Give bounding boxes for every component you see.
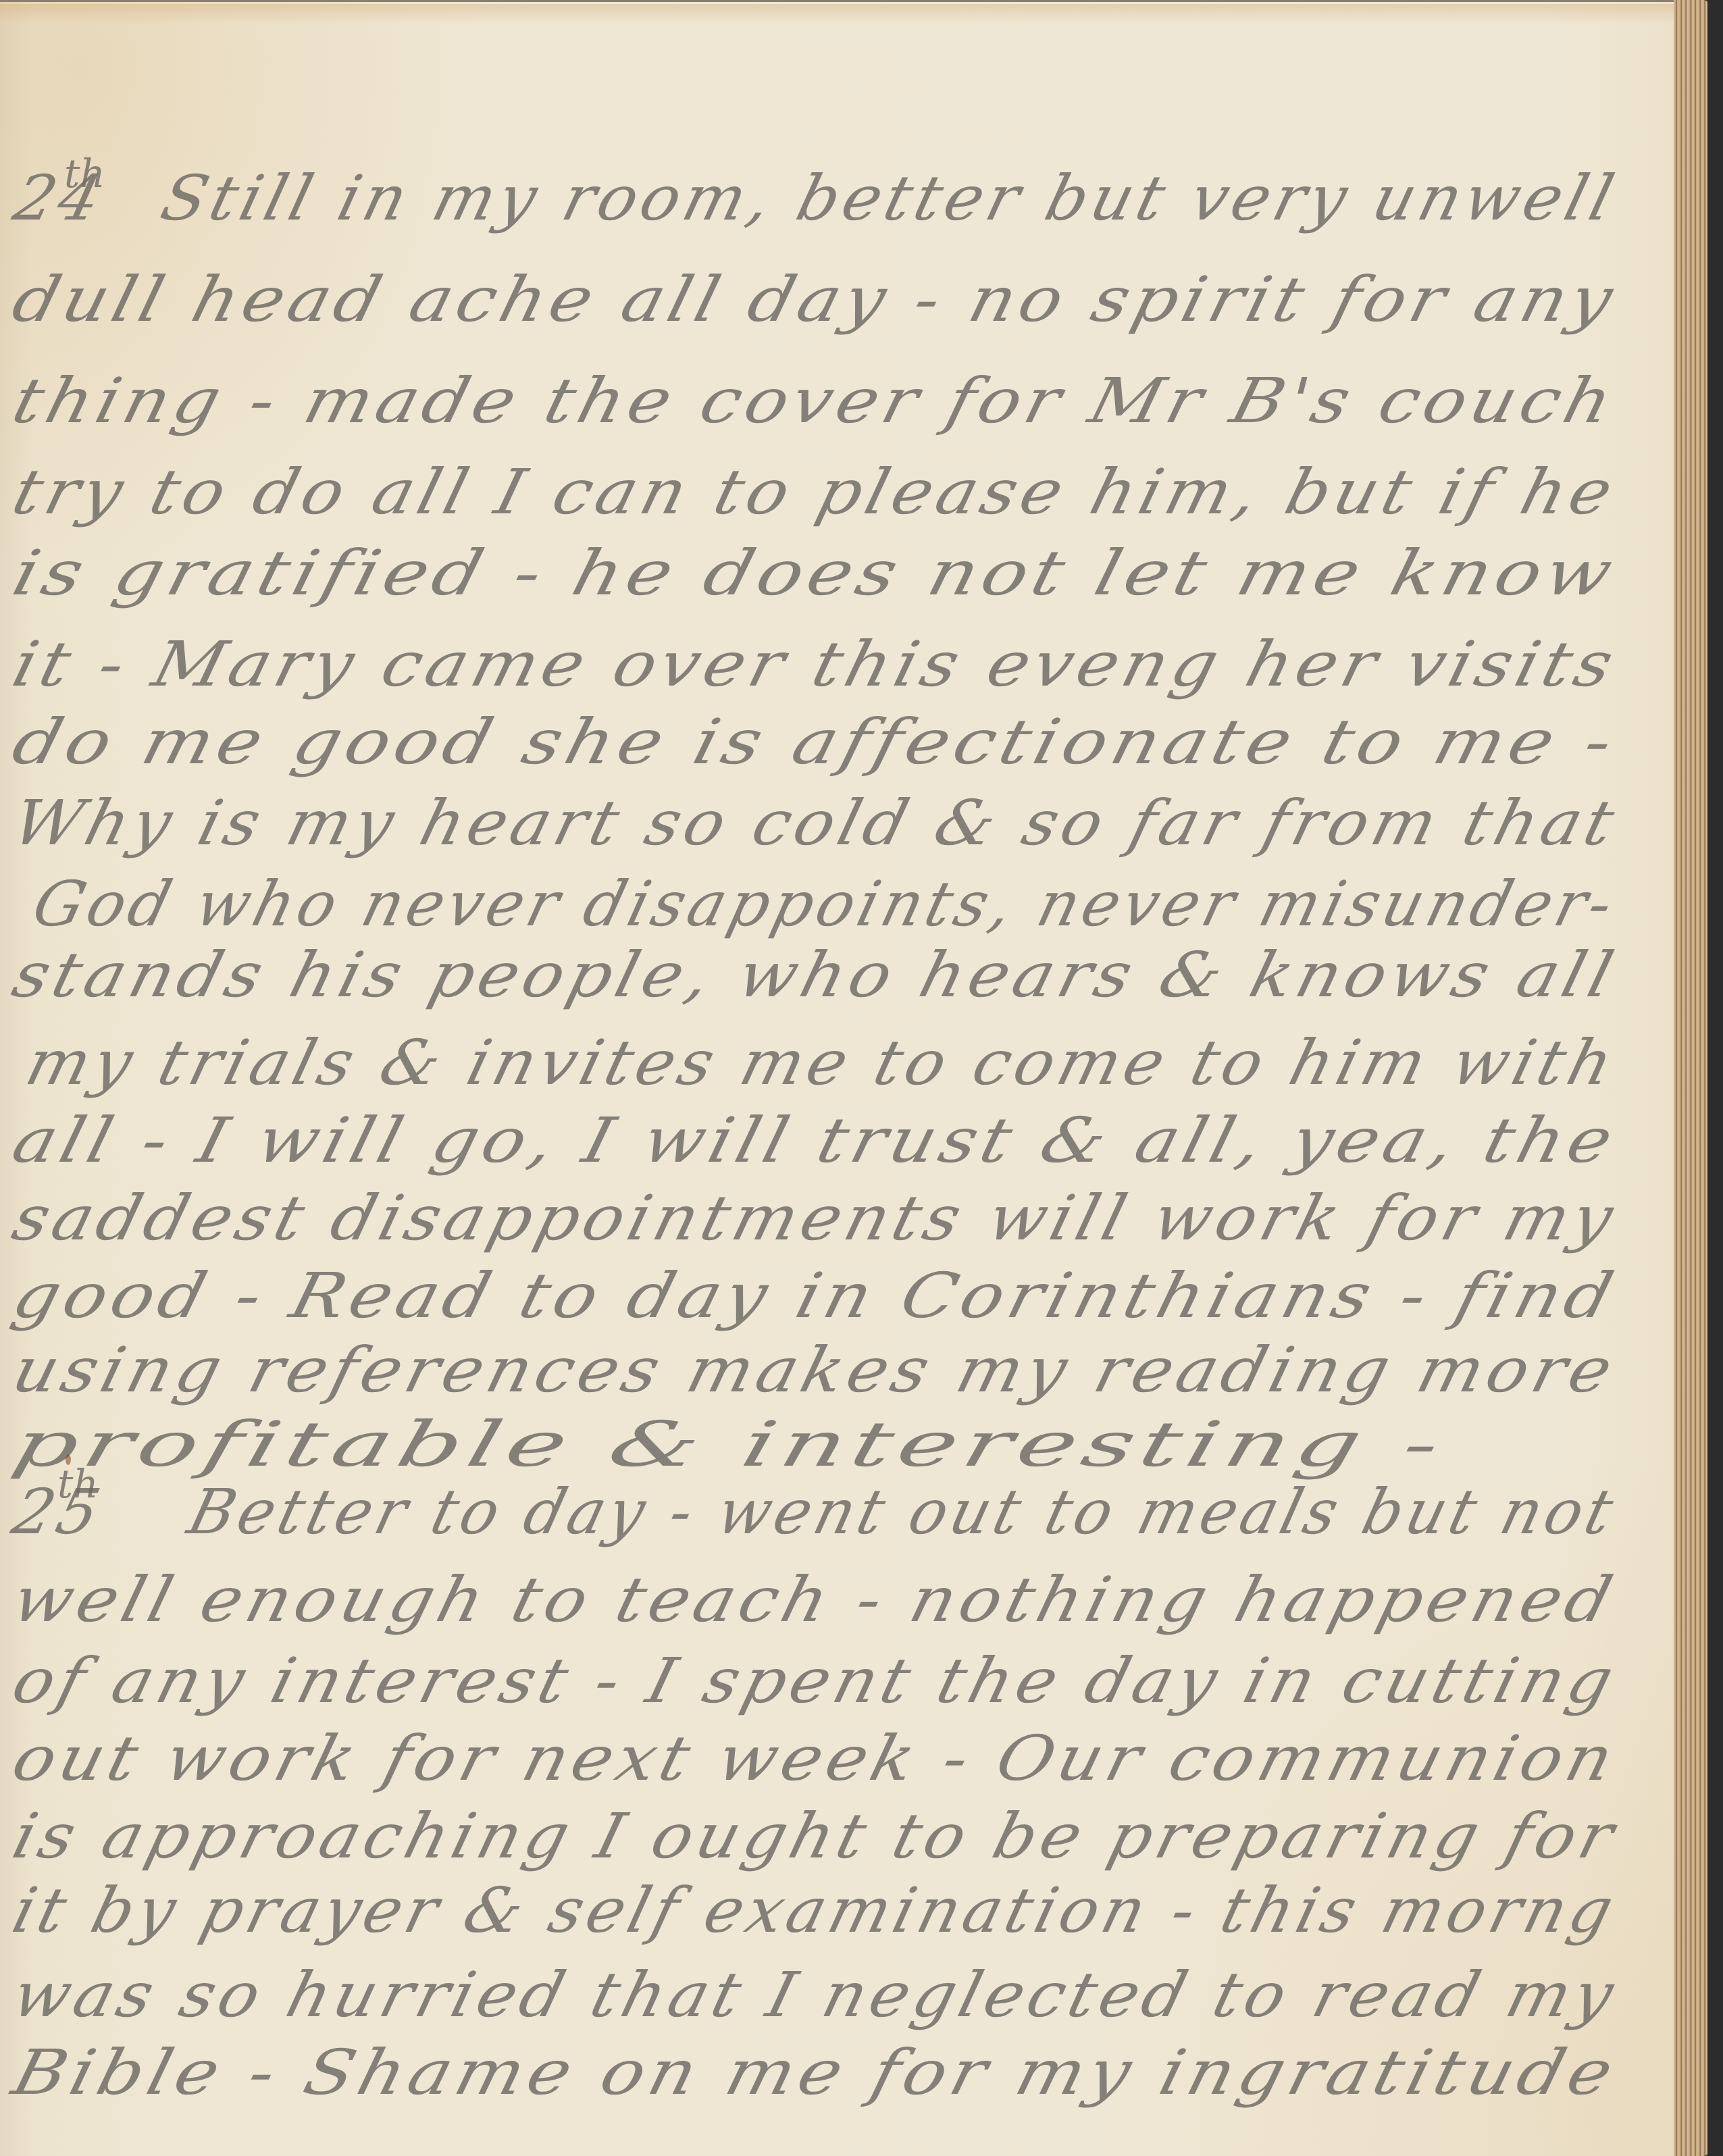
entry-1-line-12: all - I will go, I will trust & all, yea… — [7, 1110, 1623, 1172]
entry-2-line-3: of any interest - I spent the day in cut… — [7, 1650, 1623, 1712]
entry-1-line-2: dull head ache all day - no spirit for a… — [7, 269, 1623, 331]
entry-1-line-13: saddest disappointments will work for my — [7, 1187, 1623, 1250]
entry-2-line-5: is approaching I ought to be preparing f… — [7, 1805, 1624, 1868]
book-cover — [1707, 0, 1723, 2156]
paper-stain — [0, 4, 1675, 24]
entry-1-date: 24 — [8, 168, 111, 230]
entry-2-line-2: well enough to teach - nothing happened — [7, 1569, 1622, 1631]
entry-2-date: 25 — [7, 1481, 109, 1543]
entry-1-line-5: is gratified - he does not let me know — [7, 542, 1623, 605]
entry-1-line-9: God who never disappoints, never misunde… — [27, 873, 1622, 935]
entry-2-line-7: was so hurried that I neglected to read … — [7, 1964, 1624, 2026]
entry-1-line-14: good - Read to day in Corinthians - find — [7, 1265, 1624, 1327]
page-edges — [1674, 0, 1709, 2156]
entry-2-line-6: it by prayer & self examination - this m… — [7, 1880, 1623, 1942]
entry-1-line-15: using references makes my reading more — [7, 1339, 1622, 1402]
entry-2-line-4: out work for next week - Our communion — [7, 1728, 1624, 1790]
diary-page: th 24 Still in my room, better but very … — [0, 0, 1675, 2156]
entry-1-line-10: stands his people, who hears & knows all — [7, 944, 1623, 1006]
entry-1-line-8: Why is my heart so cold & so far from th… — [7, 792, 1624, 854]
entry-2-line-1: Better to day - went out to meals but no… — [182, 1481, 1623, 1543]
entry-1-line-3: thing - made the cover for Mr B's couch — [7, 370, 1622, 432]
entry-1-line-1: Still in my room, better but very unwell — [155, 168, 1623, 230]
entry-2-line-8: Bible - Shame on me for my ingratitude — [7, 2042, 1623, 2104]
entry-1-line-7: do me good she is affectionate to me - — [7, 711, 1623, 773]
entry-1-line-4: try to do all I can to please him, but i… — [7, 461, 1623, 523]
entry-1-line-16: profitable & interesting - — [7, 1414, 1452, 1476]
entry-1-line-6: it - Mary came over this eveng her visit… — [7, 634, 1624, 696]
entry-1-line-11: my trials & invites me to come to him wi… — [20, 1032, 1623, 1094]
